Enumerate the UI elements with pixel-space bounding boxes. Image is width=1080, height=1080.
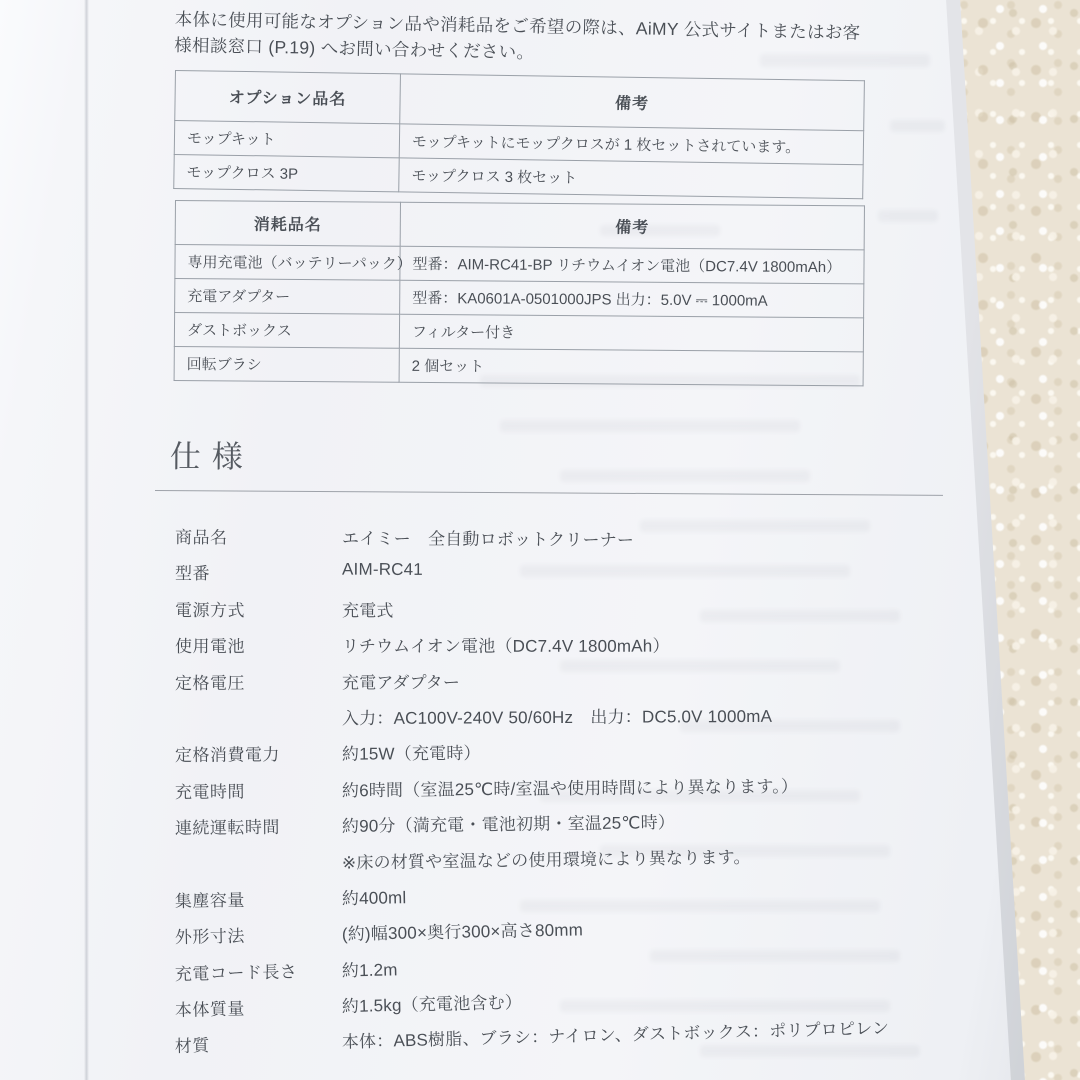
spec-label: 定格電圧: [175, 668, 342, 693]
item-name-cell: 充電アダプター: [175, 279, 400, 315]
spec-label: 本体質量: [175, 992, 343, 1021]
photo-of-manual-page: 本体に使用可能なオプション品や消耗品をご希望の際は、AiMY 公式サイトまたはお…: [0, 0, 1080, 1080]
spec-value: エイミー 全自動ロボットクリーナー: [342, 524, 870, 552]
spec-value: 約90分（満充電・電池初期・室温25℃時）: [342, 806, 870, 837]
spec-label: 型番: [175, 559, 342, 585]
table-row: 専用充電池（バッテリーパック）型番：AIM-RC41-BP リチウムイオン電池（…: [175, 245, 864, 284]
page-content: 本体に使用可能なオプション品や消耗品をご希望の際は、AiMY 公式サイトまたはお…: [175, 6, 870, 1069]
options-remarks-header: 備考: [400, 74, 865, 131]
manual-page: 本体に使用可能なオプション品や消耗品をご希望の際は、AiMY 公式サイトまたはお…: [0, 0, 1080, 1080]
remarks-cell: 2 個セット: [399, 348, 863, 386]
spec-value: AIM-RC41: [342, 560, 870, 582]
options-table-body: モップキットモップキットにモップクロスが 1 枚セットされています。モップクロス…: [174, 121, 864, 199]
consumables-remarks-header: 備考: [400, 202, 864, 250]
spec-value: 充電式: [342, 596, 870, 622]
spec-row: 定格電圧充電アダプター: [175, 667, 870, 705]
spec-row: 使用電池リチウムイオン電池（DC7.4V 1800mAh）: [175, 632, 870, 669]
item-name-cell: モップキット: [174, 121, 399, 158]
remarks-cell: 型番：AIM-RC41-BP リチウムイオン電池（DC7.4V 1800mAh）: [400, 246, 864, 284]
spec-label: 連続運転時間: [175, 812, 342, 839]
remarks-cell: 型番：KA0601A-0501000JPS 出力：5.0V ⎓ 1000mA: [400, 280, 864, 318]
consumables-table: 消耗品名 備考 専用充電池（バッテリーパック）型番：AIM-RC41-BP リチ…: [174, 200, 865, 386]
spec-row: 電源方式充電式: [175, 596, 870, 633]
item-name-cell: モップクロス 3P: [174, 154, 399, 191]
spec-value: 約6時間（室温25℃時/室温や使用時間により異なります。）: [342, 771, 870, 801]
spec-divider-rule: [155, 490, 943, 496]
spec-rows: 商品名エイミー 全自動ロボットクリーナー型番AIM-RC41電源方式充電式使用電…: [175, 523, 870, 1069]
consumables-table-body: 専用充電池（バッテリーパック）型番：AIM-RC41-BP リチウムイオン電池（…: [174, 245, 864, 386]
spec-label: 商品名: [175, 523, 342, 549]
table-row: ダストボックスフィルター付き: [174, 313, 863, 352]
remarks-cell: モップクロス 3 枚セット: [399, 158, 863, 199]
table-row: 充電アダプター型番：KA0601A-0501000JPS 出力：5.0V ⎓ 1…: [175, 279, 864, 318]
spec-label: 外形寸法: [175, 920, 342, 948]
spec-label: 定格消費電力: [175, 740, 342, 766]
spec-row: 型番AIM-RC41: [175, 559, 870, 598]
consumables-name-header: 消耗品名: [175, 201, 400, 247]
consumables-table-header-row: 消耗品名 備考: [175, 201, 864, 250]
page-fold-line: [84, 0, 89, 1080]
spec-value: 入力：AC100V-240V 50/60Hz 出力：DC5.0V 1000mA: [342, 701, 870, 729]
options-table: オプション品名 備考 モップキットモップキットにモップクロスが 1 枚セットされ…: [173, 70, 865, 199]
spec-label: 電源方式: [175, 596, 342, 621]
spec-label: 集塵容量: [175, 884, 342, 912]
spec-row: 商品名エイミー 全自動ロボットクリーナー: [175, 523, 870, 564]
spec-label: [175, 704, 342, 705]
spec-label: 使用電池: [175, 632, 342, 657]
spec-value: 充電アダプター: [342, 667, 870, 694]
options-name-header: オプション品名: [175, 71, 401, 124]
spec-value: 約15W（充電時）: [342, 736, 870, 765]
spec-label: 充電コード長さ: [175, 956, 342, 985]
item-name-cell: 回転ブラシ: [174, 346, 399, 382]
spec-label: 材質: [175, 1028, 343, 1057]
spec-row: 入力：AC100V-240V 50/60Hz 出力：DC5.0V 1000mA: [175, 701, 870, 741]
spec-section-heading: 仕様: [170, 431, 870, 481]
item-name-cell: ダストボックス: [174, 313, 399, 349]
intro-paragraph: 本体に使用可能なオプション品や消耗品をご希望の際は、AiMY 公式サイトまたはお…: [174, 6, 875, 72]
spec-label: 充電時間: [175, 776, 342, 803]
item-name-cell: 専用充電池（バッテリーパック）: [175, 245, 400, 281]
remarks-cell: フィルター付き: [399, 314, 863, 352]
spec-value: リチウムイオン電池（DC7.4V 1800mAh）: [342, 632, 870, 657]
table-row: 回転ブラシ2 個セット: [174, 346, 863, 385]
